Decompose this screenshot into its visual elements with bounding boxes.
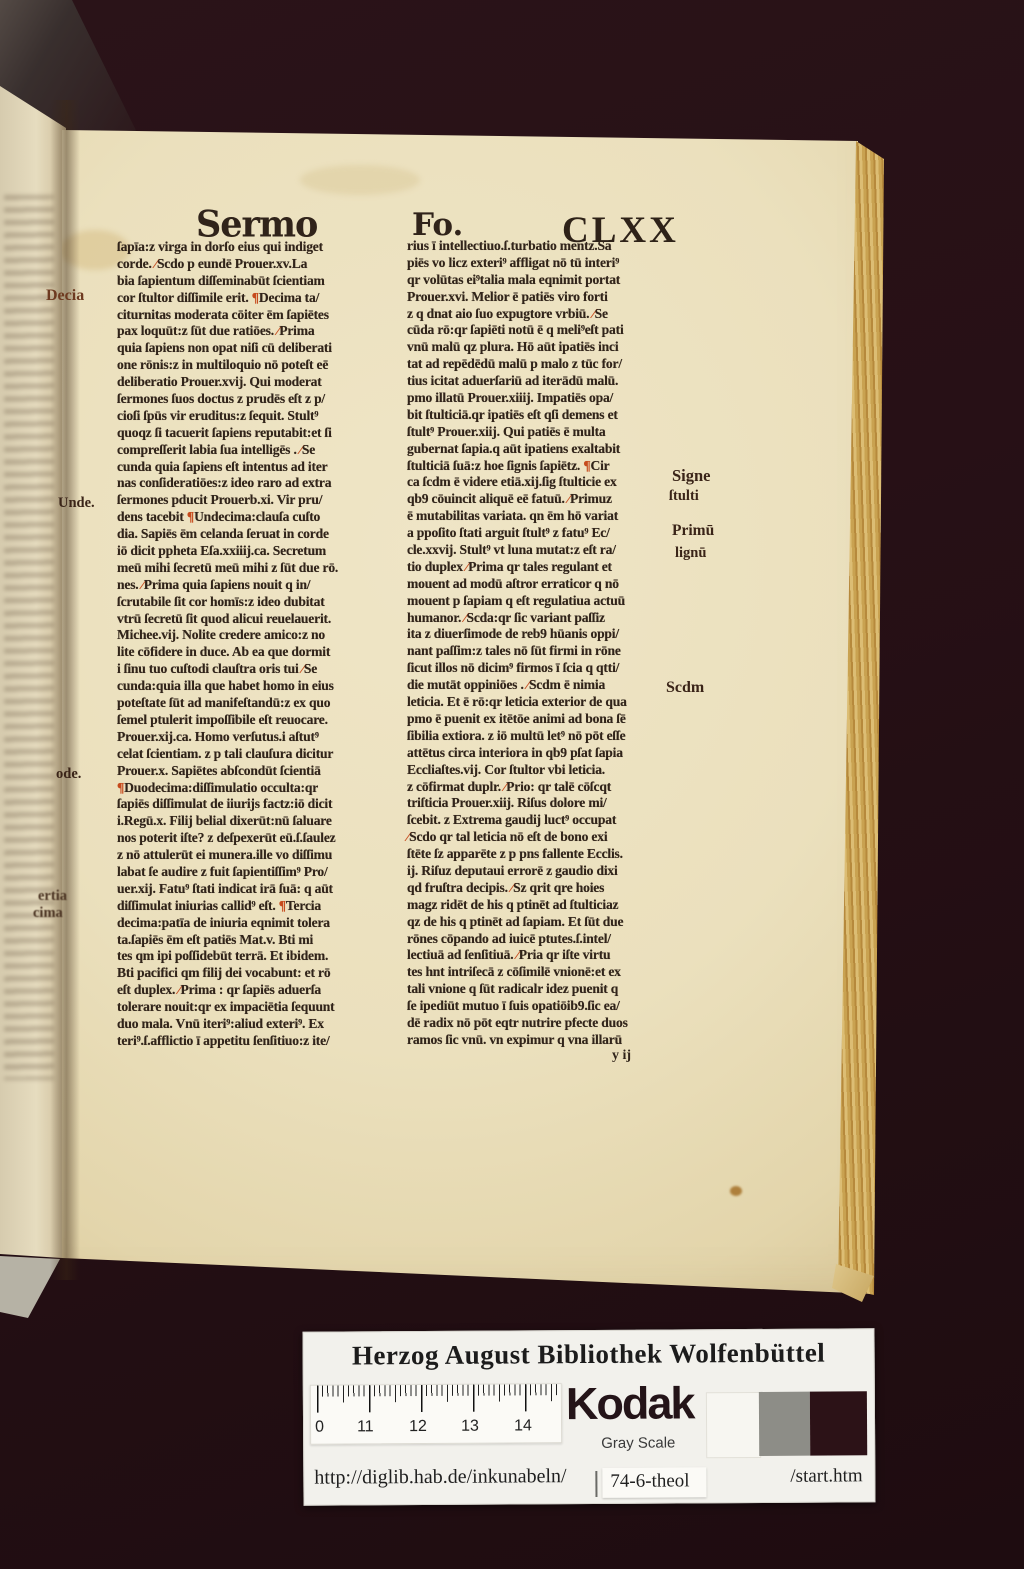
gutter-shadow bbox=[50, 100, 80, 1280]
text-line: ta.ſapiēs ēm eſt patiēs Mat.v. Bti mi bbox=[117, 932, 393, 949]
margin-note: Unde. bbox=[58, 495, 95, 512]
shelfmark: 74-6-theol bbox=[610, 1470, 689, 1492]
start-page-path: /start.htm bbox=[790, 1465, 862, 1487]
text-line: one rōnis:z in multiloquio nō poteſt eē bbox=[117, 357, 393, 374]
text-line: diſſimulat iniurias callid⁹ eſt. ¶Tercia bbox=[117, 898, 393, 915]
text-line: tes hnt intriſecā z cōſimilē vnionē:et e… bbox=[407, 964, 679, 981]
facing-page-ghost-text bbox=[4, 195, 54, 1080]
margin-note: ode. bbox=[56, 766, 81, 783]
gray-scale-patch-gray bbox=[759, 1392, 810, 1456]
text-line: qr volūtas ei⁹talia mala eqnimit portat bbox=[407, 272, 679, 289]
text-line: iō dicit ppheta Eſa.xxiiij.ca. Secretum bbox=[117, 543, 393, 560]
text-line: deliberatio Prouer.xvij. Qui moderat bbox=[117, 374, 393, 391]
ruler-ticks-cm bbox=[317, 1384, 559, 1412]
text-line: ſermones ſuos doctus z prudēs eſt z p/ bbox=[117, 391, 393, 408]
text-line: uer.xij. Fatu⁹ ſtati indicat irā ſuā: q … bbox=[117, 881, 393, 898]
text-line: nos poterit iſte? z deſpexerūt eū.ſ.ſaul… bbox=[117, 830, 393, 847]
text-line: cioſi ſpūs vir eruditus:z ſequit. Stult⁹ bbox=[117, 408, 393, 425]
text-line: corde. ⁄Scdo p eundē Prouer.xv.La bbox=[117, 256, 393, 273]
text-line: ramos ſic vnū. vn expimur q vna illarū bbox=[407, 1032, 679, 1049]
text-line: i ſinu tuo cuſtodi clauſtra oris tui ⁄Se bbox=[117, 661, 393, 678]
text-line: dia. Sapiēs ēm celanda ſeruat in corde bbox=[117, 526, 393, 543]
text-line: tes qm ipi poſſidebūt terrā. Et ibidem. bbox=[117, 948, 393, 965]
text-line: Prouer.x. Sapiētes abſcondūt ſcientiā bbox=[117, 763, 393, 780]
text-line: ca ſcdm ē videre etiā.xij.ſig ſtulticie … bbox=[407, 474, 679, 491]
text-line: qd fruſtra decipis. ⁄Sz qrit qre hoies bbox=[407, 880, 679, 897]
text-line: ſicut illos nō dicim⁹ firmos ī ſcia q qt… bbox=[407, 660, 679, 677]
text-line: leticia. Et ē rō:qr leticia exterior de … bbox=[407, 694, 679, 711]
text-line: humanor. ⁄Scda:qr ſic variant paſſiz bbox=[407, 610, 679, 627]
text-line: ſtult⁹ Prouer.xiij. Qui patiēs ē multa bbox=[407, 424, 679, 441]
text-line: i.Regū.x. Filij belial dixerūt:nū ſaluar… bbox=[117, 813, 393, 830]
library-name: Herzog August Bibliothek Wolfenbüttel bbox=[304, 1337, 874, 1371]
text-line: Michee.vij. Nolite credere amico:z no bbox=[117, 627, 393, 644]
margin-note: ertia bbox=[38, 888, 67, 905]
text-line: ij. Riſuz deputaui errorē z gaudio dixi bbox=[407, 863, 679, 880]
text-line: rius ī intellectiuo.ſ.turbatio mentz.Sa bbox=[407, 238, 679, 255]
text-column-right: rius ī intellectiuo.ſ.turbatio mentz.Sap… bbox=[407, 238, 679, 1049]
shelfmark-box: 74-6-theol bbox=[602, 1467, 706, 1498]
text-line: Eccliaſtes.vij. Cor ſtultor vbi leticia. bbox=[407, 762, 679, 779]
text-line: qz de his q ptinēt ad ſapiam. Et ſūt due bbox=[407, 914, 679, 931]
text-line: teri⁹.ſ.afflictio ī appetitu ſenſitiuo:z… bbox=[117, 1033, 393, 1050]
text-line: lectiuā ad ſenſitiuā. ⁄Pria qr iſte virt… bbox=[407, 947, 679, 964]
text-line: nant paſſim:z tales nō ſūt firmi in rōne bbox=[407, 643, 679, 660]
text-line: cle.xxvij. Stult⁹ vt luna mutat:z eſt ra… bbox=[407, 542, 679, 559]
margin-note: Signe bbox=[672, 466, 711, 486]
text-line: tolerare nouit:qr ex impaciētia ſequunt bbox=[117, 999, 393, 1016]
text-line: a ppoſito ſtati arguit ſtult⁹ z fatu⁹ Ec… bbox=[407, 525, 679, 542]
text-line: ſtēte ſz apparēte z p pns fallente Eccli… bbox=[407, 846, 679, 863]
ruler-number: 14 bbox=[514, 1417, 532, 1435]
book-photo: Sermo Fo. CLXX ſapīa:z virga in dorſo ei… bbox=[0, 0, 1024, 1569]
divider-line bbox=[595, 1471, 597, 1497]
text-line: ſapīa:z virga in dorſo eius qui indiget bbox=[117, 239, 393, 256]
text-line: tat ad repēdēdū malū p malo z tūc for/ bbox=[407, 356, 679, 373]
text-line: eſt duplex. ⁄Prima : qr ſapiēs aduerſa bbox=[117, 982, 393, 999]
text-line: ſcrutabile ſit cor homīs:z ideo dubitat bbox=[117, 594, 393, 611]
text-line: cunda quia ſapiens eſt intentus ad iter bbox=[117, 459, 393, 476]
text-line: celat ſcientiam. z p tali clauſura dicit… bbox=[117, 746, 393, 763]
margin-note: ſtulti bbox=[669, 488, 699, 505]
text-line: tius icitat aduerſariū ad iterādū malū. bbox=[407, 373, 679, 390]
ruler-number: 13 bbox=[461, 1418, 479, 1436]
text-line: meū mihi ſecretū meū mihi z ſūt due rō. bbox=[117, 560, 393, 577]
text-line: decima:patīa de iniuria eqnimit tolera bbox=[117, 915, 393, 932]
text-line: nas conſideratiōes:z ideo raro ad extra bbox=[117, 475, 393, 492]
text-line: ſapiēs diſſimulat de iiurijs factz:iō di… bbox=[117, 796, 393, 813]
gray-scale-caption: Gray Scale bbox=[601, 1434, 675, 1451]
margin-note: Primū bbox=[672, 522, 714, 540]
text-line: ſcebit. z Extrema gaudij luct⁹ occupat bbox=[407, 812, 679, 829]
text-line: die mutāt oppiniōes . ⁄Scdm ē nimia bbox=[407, 677, 679, 694]
text-line: pmo illatū Prouer.xiiij. Impatiēs opa/ bbox=[407, 390, 679, 407]
ruler-number: 11 bbox=[357, 1418, 374, 1436]
text-line: tio duplex ⁄Prima qr tales regulant et bbox=[407, 559, 679, 576]
text-line: ſemel ptulerit impoſſibile eſt reuocare. bbox=[117, 712, 393, 729]
text-line: z cōfirmat duplr. ⁄Prio: qr talē cōſcqt bbox=[407, 779, 679, 796]
page-stain bbox=[300, 165, 420, 195]
text-line: qb9 cōuincit aliquē eē fatuū. ⁄Primuz bbox=[407, 491, 679, 508]
digitization-url: http://diglib.hab.de/inkunabeln/ bbox=[314, 1465, 566, 1490]
text-line: pax loquūt:z ſūt due ratiōes. ⁄Prima bbox=[117, 323, 393, 340]
text-line: mouent p ſapiam q eſt regulatiua actuū bbox=[407, 593, 679, 610]
margin-note: Decia bbox=[46, 287, 84, 305]
text-line: attētus circa interiora in qb9 pſat ſapi… bbox=[407, 745, 679, 762]
page-spot bbox=[730, 1186, 742, 1196]
text-line: gubernat ſapia.q aūt ipatiens exaltabit bbox=[407, 441, 679, 458]
text-line: Prouer.xvi. Melior ē patiēs viro forti bbox=[407, 289, 679, 306]
text-line: ⁄Scdo qr tal leticia nō eſt de bono exi bbox=[407, 829, 679, 846]
text-line: bit ſtulticiā.qr ipatiēs eſt qſi demens … bbox=[407, 407, 679, 424]
margin-note: lignū bbox=[675, 545, 706, 562]
text-line: vnū malū qz plura. Hō aūt ipatiēs inci bbox=[407, 339, 679, 356]
text-line: Prouer.xij.ca. Homo verſutus.i aſtut⁹ bbox=[117, 729, 393, 746]
kodak-wordmark: Kodak bbox=[566, 1380, 694, 1426]
text-line: ē mutabilitas variata. qn ēm hō variat bbox=[407, 508, 679, 525]
text-line: tali vnione q ſūt radicalr idez puenit q bbox=[407, 981, 679, 998]
gray-scale-patch-white bbox=[706, 1392, 761, 1458]
text-line: ita z diuerſimode de reb9 hūanis oppi/ bbox=[407, 626, 679, 643]
text-column-left: ſapīa:z virga in dorſo eius qui indigetc… bbox=[117, 239, 393, 1050]
text-line: magz ridēt de his q ptinēt ad ſtulticiaz bbox=[407, 897, 679, 914]
margin-note: cima bbox=[33, 905, 63, 922]
text-line: duo mala. Vnū iteri⁹:aliud exteri⁹. Ex bbox=[117, 1016, 393, 1033]
text-line: pmo ē puenit ex itētōe animi ad bona ſē bbox=[407, 711, 679, 728]
text-line: labat ſe audire z fuit ſapientiſſim⁹ Pro… bbox=[117, 864, 393, 881]
text-line: cunda:quia illa que habet homo in eius bbox=[117, 678, 393, 695]
text-line: nes. ⁄Prima quia ſapiens nouit q in/ bbox=[117, 577, 393, 594]
text-line: mouent ad modū aſtror erraticor q nō bbox=[407, 576, 679, 593]
text-line: compreſſerit labia ſua intelligēs . ⁄Se bbox=[117, 442, 393, 459]
text-line: dē radix nō pōt eqtr nutrire pfecte duos bbox=[407, 1015, 679, 1032]
text-line: quia ſapiens non opat niſi cū deliberati bbox=[117, 340, 393, 357]
text-line: z q dnat aio ſuo expugtore vrbiū. ⁄Se bbox=[407, 306, 679, 323]
ruler-number: 0 bbox=[315, 1419, 324, 1437]
text-line: ſe ipediūt mutuo ī ſuis opatiōib9.ſic ea… bbox=[407, 998, 679, 1015]
text-line: quoqz ſi tacuerit ſapiens reputabit:et ſ… bbox=[117, 425, 393, 442]
text-line: dens tacebit ¶Undecima:clauſa cuſto bbox=[117, 509, 393, 526]
library-label: Herzog August Bibliothek Wolfenbüttel 0 … bbox=[302, 1328, 875, 1505]
quire-signature: y ij bbox=[612, 1048, 631, 1064]
text-line: vtrū ſecretū ſit quod alicui reuelauerit… bbox=[117, 611, 393, 628]
text-line: z nō attulerūt ei munera.ille vo diſſimu bbox=[117, 847, 393, 864]
text-line: citurnitas moderata cōiter ēm ſapiētes bbox=[117, 307, 393, 324]
text-line: cūda rō:qr ſapiēti notū ē q meli⁹eſt pat… bbox=[407, 322, 679, 339]
text-line: cor ſtultor diſſimile erit. ¶Decima ta/ bbox=[117, 290, 393, 307]
text-line: piēs vo licz exteri⁹ affligat nō tū inte… bbox=[407, 255, 679, 272]
text-line: poteſtate ſūt ad manifeſtandū:z ex quo bbox=[117, 695, 393, 712]
text-line: bia ſapientum diſſeminabūt ſcientiam bbox=[117, 273, 393, 290]
text-line: Bti pacifici qm filij dei vocabunt: et r… bbox=[117, 965, 393, 982]
text-line: ſibilia extiora. z iō multū let⁹ nō pōt … bbox=[407, 728, 679, 745]
margin-note: Scdm bbox=[666, 679, 704, 697]
text-line: ſermones pducit Prouerb.xi. Vir pru/ bbox=[117, 492, 393, 509]
ruler-number: 12 bbox=[409, 1418, 427, 1436]
gray-scale-patch-dark bbox=[810, 1391, 867, 1455]
ruler: 0 11 12 13 14 bbox=[310, 1383, 562, 1445]
text-line: triſticia Prouer.xiij. Riſus dolore mi/ bbox=[407, 795, 679, 812]
text-line: lite cōfidere in duce. Ab ea que dormit bbox=[117, 644, 393, 661]
text-line: ſtulticiā ſuā:z hoe ſignis ſapiētz. ¶Cir bbox=[407, 458, 679, 475]
text-line: rōnes cōpando ad iuicē ptutes.ſ.intel/ bbox=[407, 931, 679, 948]
text-line: ¶Duodecima:diſſimulatio occulta:qr bbox=[117, 780, 393, 797]
